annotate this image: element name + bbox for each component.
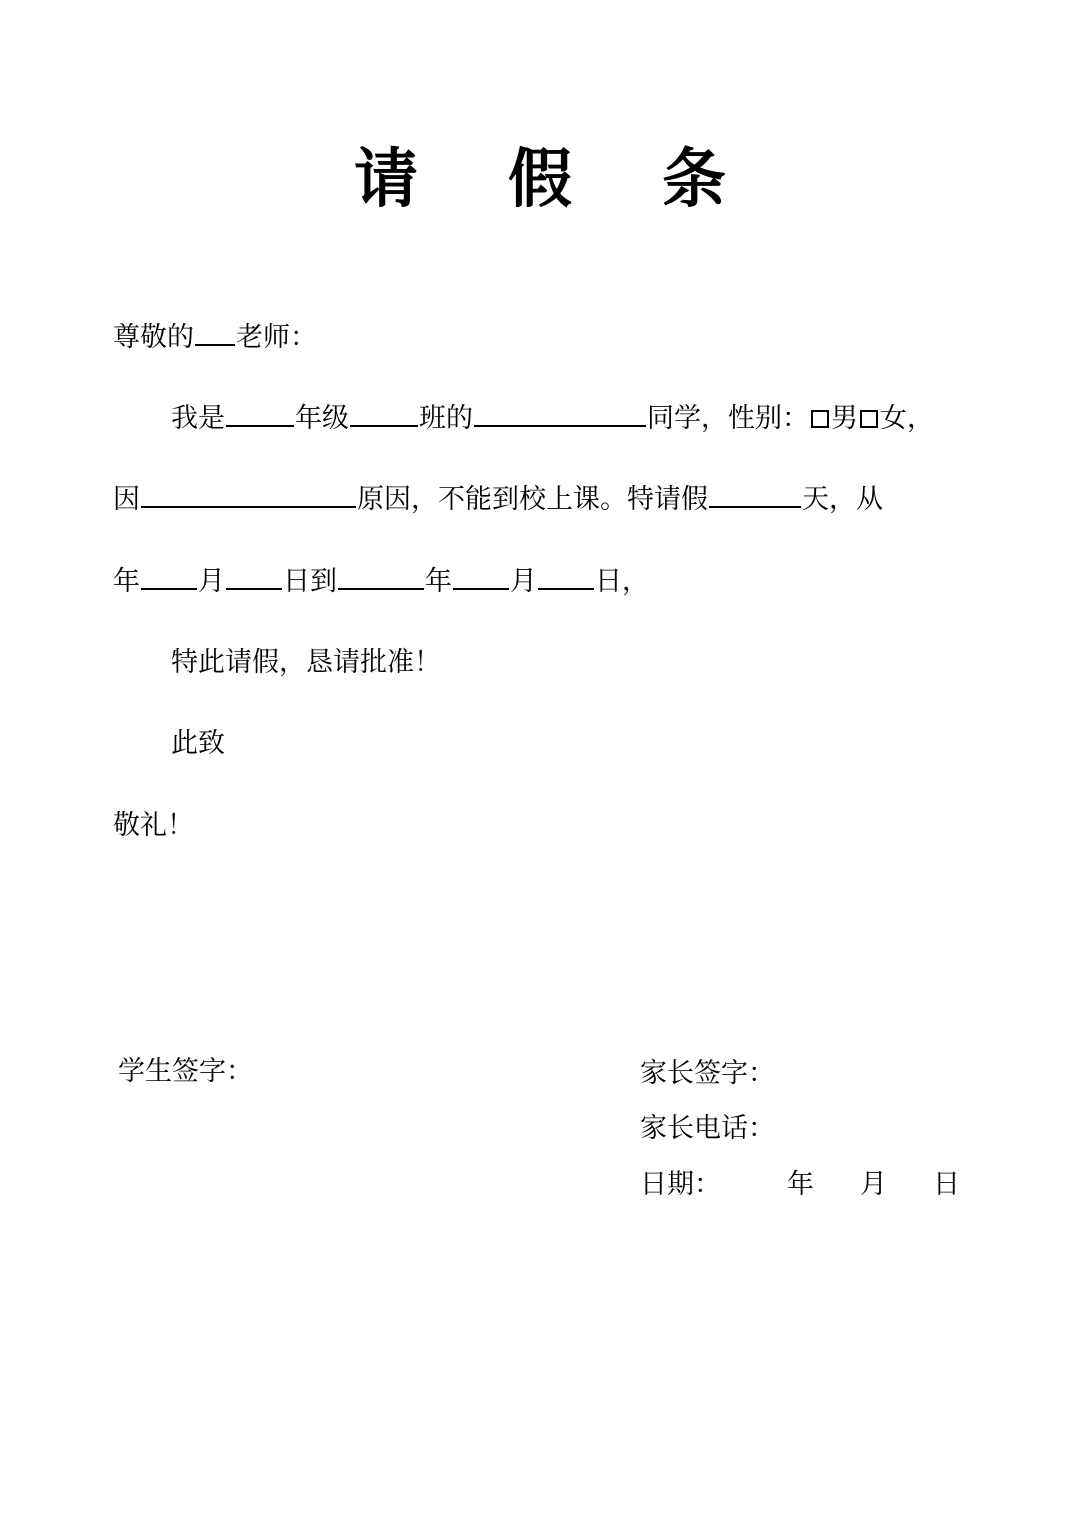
salutation-suffix: 老师： [236, 322, 317, 353]
title-char-2: 假 [508, 140, 572, 220]
text-year-2: 年 [425, 566, 452, 597]
parent-signature-label: 家长签字： [640, 1054, 775, 1094]
male-label: 男 [831, 403, 858, 434]
text-reason: 原因，不能到校上课。特请假 [357, 484, 708, 515]
text-month-1: 月 [198, 566, 225, 597]
start-month-blank[interactable] [141, 562, 197, 590]
end-year-blank[interactable] [338, 562, 424, 590]
days-blank[interactable] [709, 480, 801, 508]
text-because: 因 [113, 484, 140, 515]
text-month-2: 月 [510, 566, 537, 597]
paragraph-reason: 因原因，不能到校上课。特请假天，从 [113, 480, 883, 520]
title-char-3: 条 [662, 140, 726, 220]
page-title: 请假条 [0, 140, 1080, 220]
text-days-from: 天，从 [802, 484, 883, 515]
text-grade: 年级 [295, 403, 349, 434]
salutation-line: 尊敬的老师： [113, 318, 317, 358]
reason-blank[interactable] [141, 480, 356, 508]
date-line: 日期：年月日 [640, 1165, 960, 1205]
closing-2: 敬礼！ [113, 806, 194, 846]
end-day-blank[interactable] [538, 562, 594, 590]
date-year-label: 年 [787, 1169, 814, 1200]
grade-blank[interactable] [226, 399, 294, 427]
text-i-am: 我是 [171, 403, 225, 434]
request-line: 特此请假，恳请批准！ [171, 643, 441, 683]
text-class: 班的 [419, 403, 473, 434]
student-signature-label: 学生签字： [118, 1052, 253, 1092]
text-day-2: 日， [595, 566, 649, 597]
date-label: 日期： [640, 1169, 721, 1200]
text-gender-label: 同学，性别： [647, 403, 809, 434]
date-day-label: 日 [933, 1169, 960, 1200]
female-label: 女， [880, 403, 934, 434]
start-day-blank[interactable] [226, 562, 282, 590]
parent-phone-label: 家长电话： [640, 1109, 775, 1149]
female-checkbox[interactable] [860, 410, 878, 428]
text-year-1: 年 [113, 566, 140, 597]
salutation-prefix: 尊敬的 [113, 322, 194, 353]
title-char-1: 请 [354, 140, 418, 220]
student-name-blank[interactable] [474, 399, 646, 427]
paragraph-dates: 年月日到年月日， [113, 562, 649, 602]
male-checkbox[interactable] [811, 410, 829, 428]
date-month-label: 月 [860, 1169, 887, 1200]
teacher-name-blank[interactable] [195, 318, 235, 346]
class-blank[interactable] [350, 399, 418, 427]
text-day-to: 日到 [283, 566, 337, 597]
end-month-blank[interactable] [453, 562, 509, 590]
closing-1: 此致 [171, 724, 225, 764]
paragraph-student-info: 我是年级班的同学，性别：男女， [171, 399, 934, 439]
